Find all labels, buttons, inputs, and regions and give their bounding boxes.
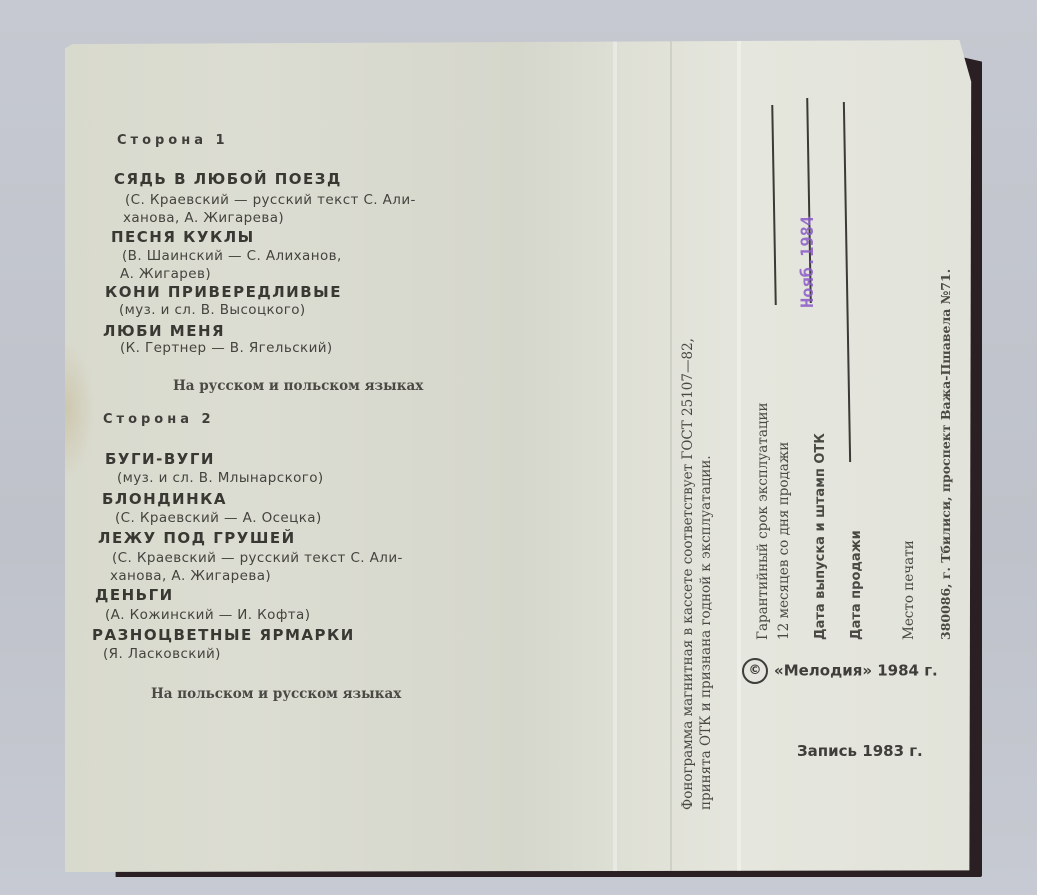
warranty-blank-line [771,105,776,305]
warranty-line: Гарантийный срок эксплуатации [755,402,771,640]
certification-line: принята ОТК и признана годной к эксплуат… [698,455,714,810]
track-title: ПЕСНЯ КУКЛЫ [111,228,255,246]
track-credit: (муз. и сл. В. Млынарского) [117,470,324,486]
fold-line [737,40,741,872]
certification-line: Фонограмма магнитная в кассете соответст… [680,338,696,810]
copyright-text: «Мелодия» 1984 г. [774,662,938,680]
fold-line [613,40,617,872]
seal-place-label: Место печати [901,540,917,640]
sale-date-blank-line [843,102,851,462]
track-title: СЯДЬ В ЛЮБОЙ ПОЕЗД [114,170,342,188]
side-1-language-note: На русском и польском языках [173,378,423,394]
stamp-date: Нояб.1984 [798,216,818,308]
warranty-line: 12 месяцев со дня продажи [776,442,792,640]
cassette-insert-card: Сторона 1 СЯДЬ В ЛЮБОЙ ПОЕЗД (С. Краевск… [65,40,973,872]
track-credit: (Я. Ласковский) [103,646,221,662]
track-credit: (В. Шаинский — С. Алиханов, [122,248,342,264]
track-credit: (К. Гертнер — В. Ягельский) [120,340,333,356]
track-credit: ханова, А. Жигарева) [123,210,284,226]
track-title: РАЗНОЦВЕТНЫЕ ЯРМАРКИ [92,626,355,644]
track-credit: А. Жигарев) [120,266,211,282]
track-title: БУГИ-ВУГИ [105,450,215,468]
paper-stain [65,340,95,480]
track-title: БЛОНДИНКА [102,490,227,508]
copyright-icon: © [742,658,768,684]
track-credit: ханова, А. Жигарева) [110,568,271,584]
track-credit: (А. Кожинский — И. Кофта) [105,607,310,623]
side-2-heading: Сторона 2 [103,412,215,427]
sale-date-label: Дата продажи [849,530,864,640]
track-credit: (С. Краевский — русский текст С. Али- [112,550,403,566]
track-title: КОНИ ПРИВЕРЕДЛИВЫЕ [105,283,342,301]
side-2-language-note: На польском и русском языках [151,686,401,702]
track-title: ДЕНЬГИ [95,586,174,604]
track-credit: (С. Краевский — русский текст С. Али- [125,192,416,208]
copyright-line: ©«Мелодия» 1984 г. [742,658,938,684]
release-date-label: Дата выпуска и штамп ОТК [813,433,828,640]
side-1-heading: Сторона 1 [117,133,229,148]
track-title: ЛЕЖУ ПОД ГРУШЕЙ [98,529,296,547]
manufacturer-address: 380086, г. Тбилиси, проспект Важа-Пшавел… [938,269,953,640]
track-credit: (муз. и сл. В. Высоцкого) [119,302,306,318]
track-credit: (С. Краевский — А. Осецка) [115,510,322,526]
track-title: ЛЮБИ МЕНЯ [103,322,225,340]
recording-year: Запись 1983 г. [797,742,923,760]
otk-date-stamp: Нояб.1984 [798,216,818,308]
fold-line [670,40,672,872]
